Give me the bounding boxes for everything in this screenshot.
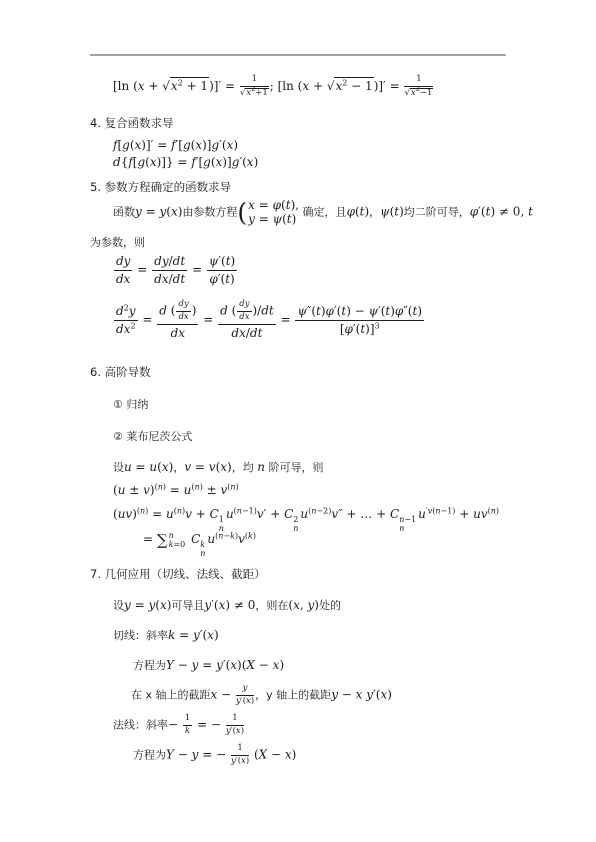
math-sup: 3 — [375, 321, 380, 330]
math-txt: ，均 — [232, 461, 258, 474]
math-frac: dydx — [237, 300, 251, 323]
math-txt: 法线：斜率 — [113, 718, 168, 731]
math-sqrt: √x2+1 — [240, 88, 269, 99]
math-mx: = — [277, 312, 295, 326]
math-mx: − — [168, 717, 182, 731]
math-sqrt: √x2−1 — [404, 88, 433, 99]
math-stack: kn — [200, 540, 205, 558]
formula-chain-rule-differential: d{f[g(x)]} = f′[g(x)]g′(x) — [113, 154, 258, 171]
formula-chain-rule: f[g(x)]′ = f′[g(x)]g′(x) — [113, 137, 238, 154]
math-mx: n — [257, 460, 265, 474]
math-up: + — [145, 79, 163, 93]
math-txt: 阶可导，则 — [265, 461, 324, 474]
math-sup: (n) — [488, 506, 499, 515]
math-sup: (n) — [227, 482, 238, 491]
math-mx: dx — [116, 322, 130, 336]
math-mx: = u — [148, 507, 173, 521]
math-frac: 1√x2+1 — [240, 75, 269, 99]
math-mx: x — [138, 79, 145, 93]
math-mx: u — [418, 507, 426, 521]
math-frac: d2ydx2 — [114, 304, 138, 337]
math-sqrt: √x2 − 1 — [327, 77, 374, 95]
math-mx: (uv) — [113, 507, 137, 521]
math-mx: y′(x) ≠ 0 — [204, 598, 255, 612]
math-mx: v″ + … + C — [331, 507, 399, 521]
math-txt: 由参数方程 — [182, 205, 237, 218]
math-frac: 1y′(x) — [226, 714, 244, 737]
math-cases: (x = φ(t),y = ψ(t) — [237, 198, 299, 227]
math-mx: f[g(x)]′ = f′[g(x)]g′(x) — [113, 138, 238, 152]
math-mx: y′(x) — [226, 726, 244, 736]
math-mx: = — [143, 532, 157, 546]
math-up: 1 — [416, 74, 421, 84]
math-mx: ψ(t) — [380, 204, 404, 218]
list-item-leibniz: ② 莱布尼茨公式 — [113, 429, 192, 445]
math-mx: y = y(x) — [135, 204, 182, 218]
math-stack: n−1n — [399, 515, 416, 533]
math-mx: φ(t) — [347, 204, 370, 218]
math-frac: dydx — [176, 300, 190, 323]
formula-ln-sqrt-derivatives: [ln (x + √x2 + 1)]′ = 1√x2+1; [ln (x + √… — [113, 75, 434, 99]
math-up: −1 — [420, 88, 433, 98]
math-txt: 在 x 轴上的截距 — [131, 688, 211, 701]
parametric-definition-paragraph: 函数y = y(x)由参数方程(x = φ(t),y = ψ(t) 确定，且φ(… — [113, 198, 533, 227]
math-mx: v′ + C — [257, 507, 293, 521]
math-mx: d ( — [220, 303, 236, 317]
math-sup: (k) — [245, 532, 256, 541]
math-mx: y = ψ(t) — [248, 212, 296, 226]
math-frac: dy/dtdx/dt — [152, 254, 187, 287]
math-up: [ln ( — [113, 79, 138, 93]
math-mx: 1 — [185, 713, 190, 723]
math-mx: dx — [116, 272, 130, 286]
math-txt: 函数 — [113, 205, 135, 218]
math-frac: ψ″(t)φ′(t) − ψ′(t)φ″(t)[φ′(t)]3 — [295, 304, 424, 337]
math-txt: 方程为 — [133, 659, 166, 672]
math-mx: = u — [166, 483, 191, 497]
math-mx: 1 — [237, 743, 242, 753]
math-mx: dy/dt — [154, 254, 185, 268]
math-frac: 1y′(x) — [231, 744, 249, 767]
math-mx: dy — [178, 299, 188, 309]
math-mx: d ( — [159, 303, 175, 317]
math-sup: (n−1) — [234, 506, 257, 515]
math-mx: v + C — [185, 507, 219, 521]
math-mx: x — [171, 79, 178, 93]
parametric-definition-continuation: 为参数，则 — [90, 235, 145, 251]
math-mx: 1 — [232, 713, 237, 723]
math-mx: y — [243, 683, 248, 693]
section-6-heading: 6. 高阶导数 — [90, 364, 151, 380]
math-mx: u — [207, 532, 215, 546]
math-mx: dx/dt — [154, 272, 185, 286]
math-up: 1 — [252, 74, 257, 84]
math-txt: 可导且 — [171, 599, 204, 612]
math-frac: ψ′(t)φ′(t) — [207, 254, 237, 287]
math-mx: d{f[g(x)]} = f′[g(x)]g′(x) — [113, 155, 258, 169]
math-mx: C — [187, 532, 200, 546]
math-txt: 处的 — [319, 599, 341, 612]
math-sup: 2 — [130, 321, 135, 330]
math-txt: 切线：斜率 — [113, 629, 168, 642]
math-mx: dx — [239, 312, 249, 322]
math-txt: 设 — [113, 599, 124, 612]
math-mx: y′(x) — [236, 696, 254, 706]
math-txt: ，则在 — [255, 599, 288, 612]
tangent-slope-line: 切线：斜率k = y′(x) — [113, 627, 219, 644]
math-frac: dydx — [114, 254, 132, 287]
math-mx: k — [185, 726, 190, 736]
math-mx: ψ″(t)φ′(t) − ψ′(t)φ″(t) — [297, 304, 422, 318]
math-mx: dy — [239, 299, 249, 309]
math-up: )]′ = — [209, 79, 239, 93]
math-mx: (x, y) — [288, 598, 319, 612]
math-frac: 1√x2−1 — [404, 75, 433, 99]
header-rule — [90, 54, 506, 56]
math-frac: 1k — [183, 714, 192, 737]
math-mx: = — [133, 263, 151, 277]
math-txt: ， — [369, 205, 380, 218]
math-sqrt: √x2 + 1 — [162, 77, 209, 95]
section-7-heading: 7. 几何应用（切线、法线、截距） — [90, 566, 266, 582]
normal-equation-line: 方程为Y − y = − 1y′(x) (X − x) — [133, 744, 296, 767]
math-mx: y − x y′(x) — [331, 687, 392, 701]
math-txt: 方程为 — [133, 748, 166, 761]
math-mx: ψ′(t) — [209, 254, 235, 268]
math-sum: ∑nk=0 — [157, 531, 187, 549]
math-mx: x = φ(t), — [248, 198, 299, 212]
math-mx: k = y′(x) — [168, 628, 219, 642]
math-mx: = − — [193, 717, 225, 731]
math-mx: v = v(x) — [184, 460, 231, 474]
math-mx: ± v — [203, 483, 227, 497]
math-mx: u — [300, 507, 308, 521]
math-sup: (n−2) — [308, 506, 331, 515]
math-mx: v — [238, 532, 245, 546]
math-frac: d (dydx)dx — [157, 300, 198, 341]
math-txt: ，y 轴上的截距 — [255, 688, 331, 701]
math-up: + — [309, 79, 327, 93]
math-mx: y = y(x) — [124, 598, 171, 612]
math-sup: (n) — [155, 482, 166, 491]
section-4-heading: 4. 复合函数求导 — [90, 115, 174, 131]
leibniz-premise: 设u = u(x)，v = v(x)，均 n 阶可导，则 — [113, 459, 323, 476]
math-mx: y — [129, 304, 136, 318]
math-mx: Y − y = − — [166, 747, 230, 761]
math-mx: + uv — [455, 507, 487, 521]
list-item-induction: ① 归纳 — [113, 397, 148, 413]
math-txt: 均二阶可导， — [404, 205, 470, 218]
math-up: − 1 — [347, 79, 372, 93]
math-stack: 2n — [293, 515, 298, 533]
intercepts-line: 在 x 轴上的截距x − yy′(x)，y 轴上的截距y − x y′(x) — [131, 684, 392, 707]
tangent-equation-line: 方程为Y − y = y′(x)(X − x) — [133, 657, 284, 674]
section-5-heading: 5. 参数方程确定的函数求导 — [90, 179, 231, 195]
math-mx: dx — [178, 312, 188, 322]
document-page: [ln (x + √x2 + 1)]′ = 1√x2+1; [ln (x + √… — [0, 0, 596, 842]
math-sup: (n) — [191, 482, 202, 491]
math-sup: (n) — [137, 506, 148, 515]
math-mx: φ′(t) ≠ 0, t — [470, 204, 533, 218]
math-mx: x − — [211, 687, 235, 701]
normal-slope-line: 法线：斜率− 1k = − 1y′(x) — [113, 714, 245, 737]
math-txt: 确定，且 — [299, 205, 347, 218]
formula-sum-nth-derivative: (u ± v)(n) = u(n) ± v(n) — [113, 482, 239, 499]
math-up: +1 — [255, 88, 268, 98]
formula-parametric-second-derivative: d2ydx2 = d (dydx)dx = d (dydx)/dtdx/dt =… — [113, 300, 425, 341]
math-mx: y′(x) — [231, 756, 249, 766]
math-mx: [φ′(t)] — [340, 322, 375, 336]
math-up: ; [ln ( — [270, 79, 303, 93]
math-mx: φ′(t) — [209, 272, 234, 286]
math-sup: (n−k) — [215, 532, 238, 541]
math-mx: dx/dt — [231, 326, 262, 340]
math-sup: ′v(n−1) — [426, 506, 456, 515]
math-mx: dx — [171, 326, 185, 340]
math-mx: u — [226, 507, 234, 521]
math-mx: = — [199, 312, 217, 326]
formula-leibniz-summation: = ∑nk=0 Cknu(n−k)v(k) — [143, 531, 256, 559]
math-txt: ， — [173, 461, 184, 474]
math-up: )]′ = — [374, 79, 404, 93]
math-frac: yy′(x) — [236, 684, 254, 707]
math-up: + 1 — [183, 79, 208, 93]
math-mx: (X − x) — [250, 747, 296, 761]
math-mx: d — [116, 304, 124, 318]
math-mx: = — [139, 312, 157, 326]
math-mx: Y − y = y′(x)(X − x) — [166, 658, 284, 672]
math-sup: (n) — [174, 506, 185, 515]
math-frac: d (dydx)/dtdx/dt — [218, 300, 276, 341]
math-mx: u = u(x) — [124, 460, 173, 474]
formula-parametric-first-derivative: dydx = dy/dtdx/dt = ψ′(t)φ′(t) — [113, 254, 238, 287]
formula-leibniz-expansion: (uv)(n) = u(n)v + C1nu(n−1)v′ + C2nu(n−2… — [113, 506, 499, 533]
math-txt: 设 — [113, 461, 124, 474]
math-mx: ) — [192, 303, 197, 317]
math-mx: (u ± v) — [113, 483, 155, 497]
math-mx: dy — [116, 254, 130, 268]
math-mx: = — [188, 263, 206, 277]
geometry-premise: 设y = y(x)可导且y′(x) ≠ 0，则在(x, y)处的 — [113, 597, 341, 614]
math-mx: )/dt — [253, 303, 274, 317]
